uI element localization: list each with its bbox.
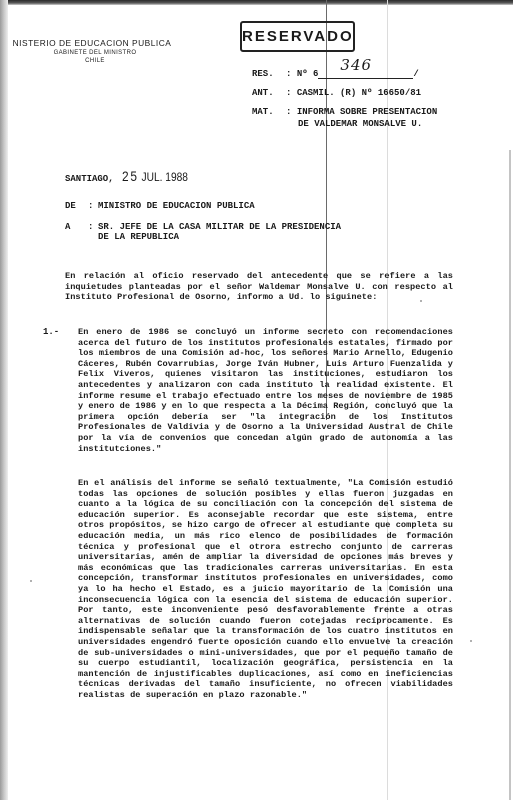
colon: : xyxy=(88,201,98,211)
document-page: NISTERIO DE EDUCACION PUBLICA GABINETE D… xyxy=(0,0,513,800)
country-name: CHILE xyxy=(10,58,180,64)
scan-speck xyxy=(470,640,472,642)
scan-speck xyxy=(30,580,32,582)
colon: : xyxy=(286,106,297,118)
date-day: 25 xyxy=(122,168,139,184)
to-label: A xyxy=(65,222,88,242)
res-row: RES.: Nº 6346/ xyxy=(252,68,437,80)
colon: : xyxy=(286,87,297,99)
to-value: SR. JEFE DE LA CASA MILITAR DE LA PRESID… xyxy=(98,222,341,242)
to-line: A : SR. JEFE DE LA CASA MILITAR DE LA PR… xyxy=(65,222,341,242)
mat-value-line1: INFORMA SOBRE PRESENTACION xyxy=(297,106,437,118)
scan-right-edge xyxy=(509,150,511,800)
intro-text: En relación al oficio reservado del ante… xyxy=(65,271,453,303)
date-stamp: 25 JUL. 1988 xyxy=(122,168,188,184)
reference-block: RES.: Nº 6346/ ANT.: CASMIL. (R) Nº 1665… xyxy=(252,68,437,137)
to-value-line2: DE LA REPUBLICA xyxy=(98,232,341,242)
office-name: GABINETE DEL MINISTRO xyxy=(10,50,180,56)
ant-value: CASMIL. (R) Nº 16650/81 xyxy=(297,87,421,99)
intro-paragraph: En relación al oficio reservado del ante… xyxy=(65,271,453,303)
item-paragraph-2: En el análisis del informe se señaló tex… xyxy=(78,478,453,700)
from-value: MINISTRO DE EDUCACION PUBLICA xyxy=(98,201,255,211)
item-number: 1.- xyxy=(43,327,59,337)
scan-top-edge xyxy=(8,0,513,5)
city: SANTIAGO, xyxy=(65,174,114,184)
mat-value-line2: DE VALDEMAR MONSALVE U. xyxy=(298,118,422,130)
ministry-name: NISTERIO DE EDUCACION PUBLICA xyxy=(4,38,180,48)
ant-key: ANT. xyxy=(252,87,286,99)
ant-row: ANT.: CASMIL. (R) Nº 16650/81 xyxy=(252,87,437,99)
letterhead: NISTERIO DE EDUCACION PUBLICA GABINETE D… xyxy=(10,38,180,64)
colon: : xyxy=(88,222,98,242)
res-key: RES. xyxy=(252,68,286,80)
mat-row: MAT.: INFORMA SOBRE PRESENTACION xyxy=(252,106,437,118)
scan-left-edge xyxy=(0,0,8,800)
colon: : xyxy=(286,68,297,80)
to-value-line1: SR. JEFE DE LA CASA MILITAR DE LA PRESID… xyxy=(98,222,341,232)
res-number-line: 346 xyxy=(318,68,413,79)
handwritten-res-number: 346 xyxy=(340,59,372,71)
paragraph-text: En el análisis del informe se señaló tex… xyxy=(78,478,453,700)
from-line: DE : MINISTRO DE EDUCACION PUBLICA xyxy=(65,201,255,211)
scan-speck xyxy=(420,300,422,302)
date-month-year: JUL. 1988 xyxy=(141,170,187,184)
paragraph-text: En enero de 1986 se concluyó un informe … xyxy=(78,327,453,454)
reservado-stamp: RESERVADO xyxy=(240,21,355,52)
item-paragraph-1: En enero de 1986 se concluyó un informe … xyxy=(78,327,453,454)
date-line: SANTIAGO, 25 JUL. 1988 xyxy=(65,168,199,184)
mat-key: MAT. xyxy=(252,106,286,118)
res-suffix: / xyxy=(413,68,418,80)
res-prefix: Nº 6 xyxy=(297,68,319,80)
mat-row-cont: DE VALDEMAR MONSALVE U. xyxy=(252,118,437,130)
from-label: DE xyxy=(65,201,88,211)
